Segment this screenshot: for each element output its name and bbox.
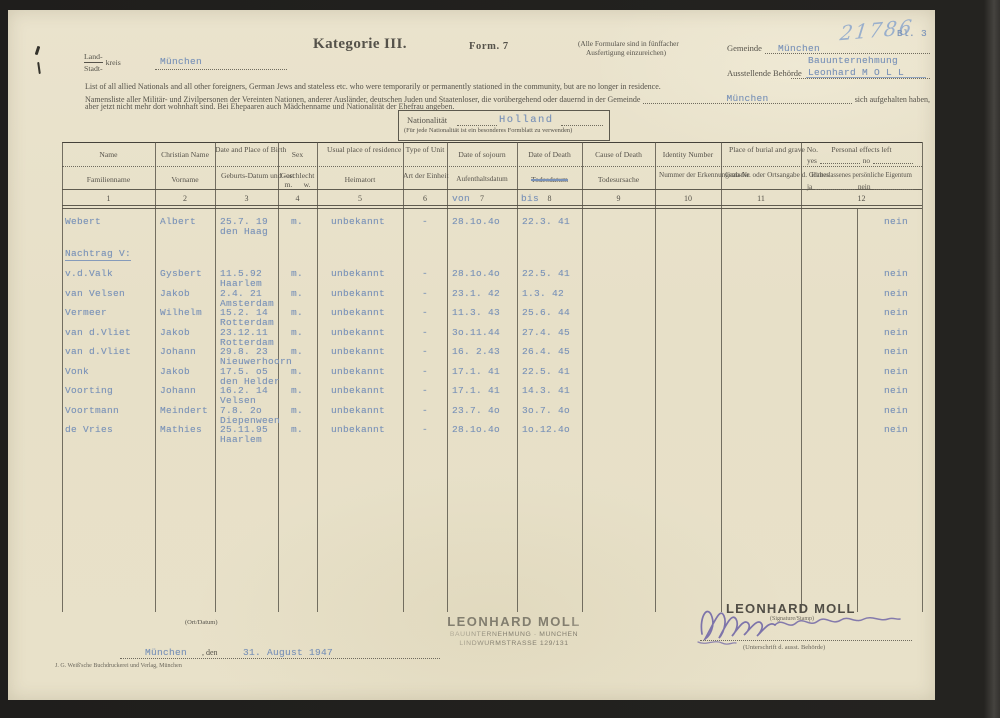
place-date-line — [120, 658, 440, 659]
cell-bis: 1o.12.4o — [522, 424, 570, 435]
header-en-name: Name — [62, 150, 155, 159]
cell-effects: nein — [884, 405, 908, 416]
den-label: , den — [202, 648, 218, 657]
colnum-11: 11 — [721, 194, 801, 203]
header-de-grab: Grab-Nr. oder Ortsangabe d. Grabes — [721, 171, 801, 180]
cell-von: 17.1. 41 — [452, 366, 500, 377]
cell-bis: 3o.7. 4o — [522, 405, 570, 416]
header-en-death-date: Date of Death — [517, 150, 582, 159]
header-de-erkennungsmarke: Nummer der Erkennungsmarke — [655, 171, 721, 180]
header-de-todesdatum: Todesdatum — [517, 175, 582, 184]
stamp-company-type: BAUUNTERNEHMUNG · MÜNCHEN — [426, 631, 602, 638]
cell-sex: m. — [291, 405, 303, 416]
dots — [874, 182, 913, 190]
cell-bis: 27.4. 45 — [522, 327, 570, 338]
cell-von: 28.1o.4o — [452, 216, 500, 227]
cell-vorname: Jakob — [160, 366, 190, 377]
date-value: 31. August 1947 — [243, 647, 333, 658]
header-en-effects-label: Personal effects left — [801, 145, 922, 154]
header-de-eigentum: Hinterlassenes persönliche Eigentum ja n… — [801, 171, 922, 191]
table-top-border — [62, 142, 922, 143]
cell-unit: - — [403, 327, 447, 338]
cell-vorname: Jakob — [160, 327, 190, 338]
table-row: van d.Vliet Jakob 23.12.11 Rotterdam m. … — [8, 327, 935, 347]
cell-residence: unbekannt — [331, 216, 385, 227]
colnum-3: 3 — [215, 194, 278, 203]
cell-unit: - — [403, 268, 447, 279]
cell-von: 16. 2.43 — [452, 346, 500, 357]
cell-effects: nein — [884, 366, 908, 377]
cell-vorname: Meindert — [160, 405, 208, 416]
colnum-7: 7 — [447, 194, 517, 203]
cell-residence: unbekannt — [331, 268, 385, 279]
header-de-einheit: Art der Einheit — [403, 171, 447, 180]
colnum-9: 9 — [582, 194, 655, 203]
cell-birth-place: Nieuwerhoorn — [220, 356, 292, 367]
header-de-vorname: Vorname — [155, 175, 215, 184]
colnum-10: 10 — [655, 194, 721, 203]
header-en-residence: Usual place of residence — [317, 145, 403, 154]
cell-von: 28.1o.4o — [452, 268, 500, 279]
header-rule — [62, 189, 922, 190]
cell-effects: nein — [884, 346, 908, 357]
cell-vorname: Johann — [160, 346, 196, 357]
table-row: de Vries Mathies 25.11.95 Haarlem m. unb… — [8, 424, 935, 444]
cell-familienname: Vonk — [65, 366, 89, 377]
cell-residence: unbekannt — [331, 385, 385, 396]
geschlecht-mw: m. w. — [278, 180, 317, 189]
cell-unit: - — [403, 405, 447, 416]
cell-vorname: Jakob — [160, 288, 190, 299]
cell-vorname: Albert — [160, 216, 196, 227]
cell-sex: m. — [291, 346, 303, 357]
cell-residence: unbekannt — [331, 424, 385, 435]
header-de-ja-nein: ja nein — [801, 182, 922, 191]
cell-bis: 22.5. 41 — [522, 366, 570, 377]
company-stamp-center: LEONHARD MOLL BAUUNTERNEHMUNG · MÜNCHEN … — [426, 614, 602, 647]
cell-birth-place: Velsen — [220, 395, 256, 406]
table-row: van Velsen Jakob 2.4. 21 Amsterdam m. un… — [8, 288, 935, 308]
stamp-company-name: LEONHARD MOLL — [426, 614, 602, 629]
cell-familienname: Voorting — [65, 385, 113, 396]
cell-vorname: Gysbert — [160, 268, 202, 279]
cell-von: 28.1o.4o — [452, 424, 500, 435]
cell-residence: unbekannt — [331, 405, 385, 416]
colnum-1: 1 — [62, 194, 155, 203]
cell-familienname: Webert — [65, 216, 101, 227]
table-row: Vonk Jakob 17.5. o5 den Helder m. unbeka… — [8, 366, 935, 386]
signature-line — [700, 640, 912, 641]
cell-sex: m. — [291, 216, 303, 227]
header-en-birth: Date and Place of Birth — [215, 145, 278, 154]
header-de-aufenthalt: Aufenthaltsdatum — [447, 175, 517, 184]
cell-familienname: Voortmann — [65, 405, 119, 416]
cell-sex: m. — [291, 288, 303, 299]
nachtrag-heading: Nachtrag V: — [65, 248, 131, 261]
header-de-geburt: Geburts-Datum und -ort — [215, 171, 278, 180]
cell-sex: m. — [291, 424, 303, 435]
table-row: Voortmann Meindert 7.8. 2o Diepenween m.… — [8, 405, 935, 425]
cell-effects: nein — [884, 268, 908, 279]
document-paper: Kategorie III. Form. 7 (Alle Formulare s… — [8, 10, 935, 700]
cell-effects: nein — [884, 385, 908, 396]
cell-von: 3o.11.44 — [452, 327, 500, 338]
cell-effects: nein — [884, 216, 908, 227]
cell-von: 23.7. 4o — [452, 405, 500, 416]
header-de-geschlecht: Geschlecht m. w. — [278, 171, 317, 189]
no-label: no — [863, 157, 870, 165]
place-value: München — [145, 647, 187, 658]
header-bottom-rule1 — [62, 205, 922, 206]
printer-note: J. G. Weiß'sche Buchdruckerei und Verlag… — [55, 663, 182, 669]
colnum-2: 2 — [155, 194, 215, 203]
cell-familienname: van d.Vliet — [65, 327, 131, 338]
header-en-yes-no: yes no — [801, 156, 922, 165]
cell-von: 23.1. 42 — [452, 288, 500, 299]
header-en-death-cause: Cause of Death — [582, 150, 655, 159]
cell-birth-place: Haarlem — [220, 434, 262, 445]
dots — [820, 156, 860, 164]
cell-residence: unbekannt — [331, 288, 385, 299]
cell-vorname: Mathies — [160, 424, 202, 435]
header-en-sex: Sex — [278, 150, 317, 159]
cell-von: 11.3. 43 — [452, 307, 500, 318]
cell-vorname: Johann — [160, 385, 196, 396]
ja-label: ja — [807, 183, 812, 191]
header-de-todesursache: Todesursache — [582, 175, 655, 184]
cell-effects: nein — [884, 424, 908, 435]
header-en-christian-name: Christian Name — [155, 150, 215, 159]
cell-residence: unbekannt — [331, 366, 385, 377]
cell-bis: 25.6. 44 — [522, 307, 570, 318]
authority-signature-label: (Unterschrift d. ausst. Behörde) — [743, 644, 825, 651]
cell-birth-place: den Haag — [220, 226, 268, 237]
cell-bis: 22.5. 41 — [522, 268, 570, 279]
cell-unit: - — [403, 216, 447, 227]
header-en-burial: Place of burial and grave No. — [721, 145, 801, 154]
cell-unit: - — [403, 346, 447, 357]
cell-residence: unbekannt — [331, 307, 385, 318]
header-de-heimatort: Heimatort — [317, 175, 403, 184]
cell-effects: nein — [884, 307, 908, 318]
header-en-identity: Identity Number — [655, 150, 721, 159]
cell-familienname: v.d.Valk — [65, 268, 113, 279]
cell-effects: nein — [884, 327, 908, 338]
signature — [692, 590, 906, 652]
table-row: Voorting Johann 16.2. 14 Velsen m. unbek… — [8, 385, 935, 405]
cell-unit: - — [403, 307, 447, 318]
header-en-unit: Type of Unit — [403, 145, 447, 154]
colnum-12: 12 — [801, 194, 922, 203]
cell-sex: m. — [291, 268, 303, 279]
header-en-effects: Personal effects left yes no — [801, 145, 922, 165]
dots — [873, 156, 913, 164]
cell-familienname: Vermeer — [65, 307, 107, 318]
geschlecht-label: Geschlecht — [278, 171, 317, 180]
cell-sex: m. — [291, 327, 303, 338]
cell-bis: 1.3. 42 — [522, 288, 564, 299]
cell-sex: m. — [291, 366, 303, 377]
header-de-familienname: Familienname — [62, 175, 155, 184]
cell-vorname: Wilhelm — [160, 307, 202, 318]
colnum-6: 6 — [403, 194, 447, 203]
cell-birth-place: Haarlem — [220, 278, 262, 289]
cell-residence: unbekannt — [331, 346, 385, 357]
dots — [815, 182, 854, 190]
header-dotted-rule — [62, 166, 922, 167]
cell-bis: 14.3. 41 — [522, 385, 570, 396]
colnum-5: 5 — [317, 194, 403, 203]
cell-unit: - — [403, 366, 447, 377]
cell-von: 17.1. 41 — [452, 385, 500, 396]
table-row: Vermeer Wilhelm 15.2. 14 Rotterdam m. un… — [8, 307, 935, 327]
cell-unit: - — [403, 288, 447, 299]
cell-bis: 22.3. 41 — [522, 216, 570, 227]
cell-effects: nein — [884, 288, 908, 299]
stamp-company-street: LINDWURMSTRASSE 129/131 — [426, 640, 602, 647]
table-row: van d.Vliet Johann 29.8. 23 Nieuwerhoorn… — [8, 346, 935, 366]
cell-unit: - — [403, 424, 447, 435]
cell-residence: unbekannt — [331, 327, 385, 338]
cell-sex: m. — [291, 385, 303, 396]
table-row: v.d.Valk Gysbert 11.5.92 Haarlem m. unbe… — [8, 268, 935, 288]
cell-familienname: van Velsen — [65, 288, 125, 299]
yes-label: yes — [807, 157, 817, 165]
cell-sex: m. — [291, 307, 303, 318]
cell-familienname: de Vries — [65, 424, 113, 435]
nein-label: nein — [858, 183, 871, 191]
header-de-eigentum-label: Hinterlassenes persönliche Eigentum — [801, 171, 922, 180]
cell-birth-place: Rotterdam — [220, 317, 274, 328]
cell-unit: - — [403, 385, 447, 396]
header-en-sojourn: Date of sojourn — [447, 150, 517, 159]
table-row: Webert Albert 25.7. 19 den Haag m. unbek… — [8, 216, 935, 236]
ort-datum-label: (Ort/Datum) — [185, 619, 218, 626]
cell-familienname: van d.Vliet — [65, 346, 131, 357]
colnum-8: 8 — [517, 194, 582, 203]
header-bottom-rule2 — [62, 208, 922, 209]
colnum-4: 4 — [278, 194, 317, 203]
cell-bis: 26.4. 45 — [522, 346, 570, 357]
